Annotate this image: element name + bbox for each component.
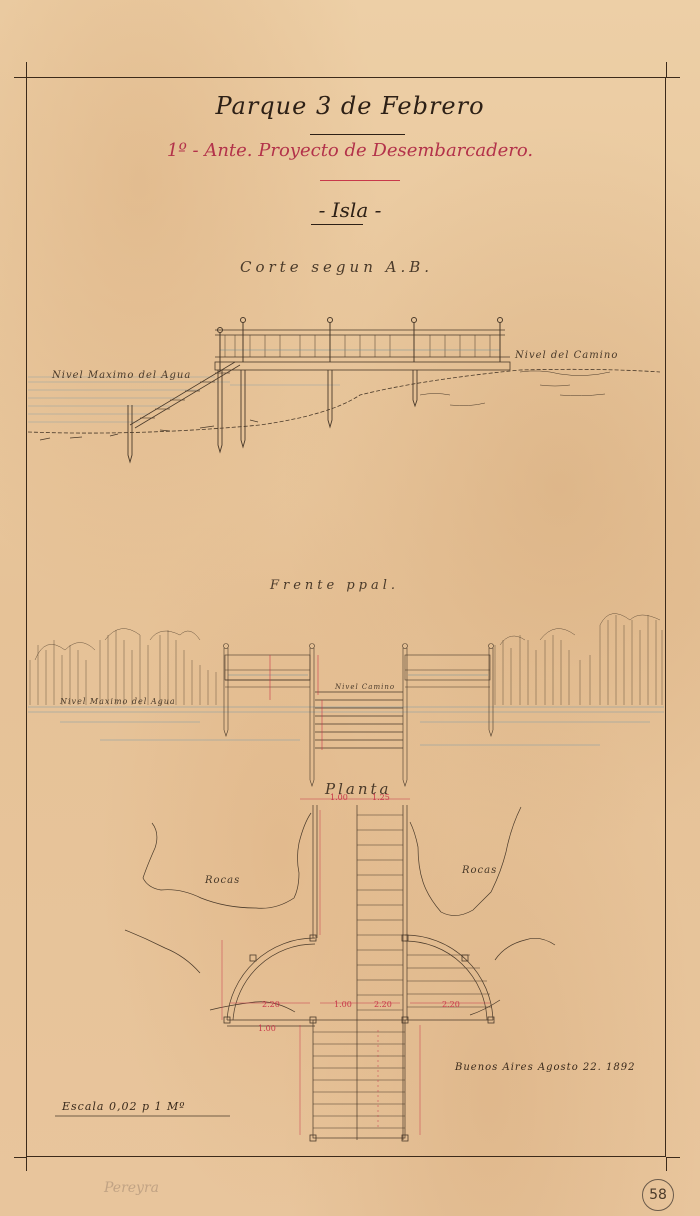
- place-date: Buenos Aires Agosto 22. 1892: [455, 1062, 635, 1073]
- corner-tick: [666, 77, 680, 78]
- scale-label: Escala 0,02 p 1 Mº: [62, 1100, 185, 1113]
- section-cut-title: Corte segun A.B.: [240, 258, 433, 276]
- corner-tick: [26, 62, 27, 77]
- dim-bottom-left: 1.00: [258, 1024, 276, 1033]
- location-underline: [311, 224, 363, 225]
- corner-tick: [666, 62, 667, 77]
- rocks-left-label: Rocas: [205, 875, 240, 886]
- front-view-title: Frente ppal.: [270, 578, 399, 593]
- corner-tick: [666, 1157, 667, 1171]
- dim-center-right: 2.20: [374, 1000, 392, 1009]
- corner-tick: [14, 1157, 26, 1158]
- drawing-subtitle: 1º - Ante. Proyecto de Desembarcadero.: [0, 140, 700, 161]
- title-underline: [310, 134, 405, 135]
- front-path-label: Nivel Camino: [335, 683, 395, 691]
- ground-level-label: Nivel del Camino: [515, 350, 618, 361]
- sheet-number-stamp: 58: [642, 1179, 674, 1211]
- rocks-right-label: Rocas: [462, 865, 497, 876]
- corner-tick: [14, 77, 26, 78]
- dim-right-arc: 2.20: [442, 1000, 460, 1009]
- dim-top-left: 1.00: [330, 793, 348, 802]
- dim-left-arc: 2.20: [262, 1000, 280, 1009]
- front-water-label: Nivel Maximo del Agua: [60, 697, 176, 706]
- dim-center: 1.00: [334, 1000, 352, 1009]
- drawing-frame: [26, 77, 666, 1157]
- corner-tick: [666, 1157, 680, 1158]
- subtitle-underline: [320, 180, 400, 181]
- water-level-label: Nivel Maximo del Agua: [52, 370, 191, 381]
- location-label: - Isla -: [0, 198, 700, 222]
- dim-top-right: 1.25: [372, 793, 390, 802]
- drawing-title: Parque 3 de Febrero: [0, 92, 700, 120]
- faint-signature: Pereyra: [104, 1180, 159, 1196]
- corner-tick: [26, 1157, 27, 1171]
